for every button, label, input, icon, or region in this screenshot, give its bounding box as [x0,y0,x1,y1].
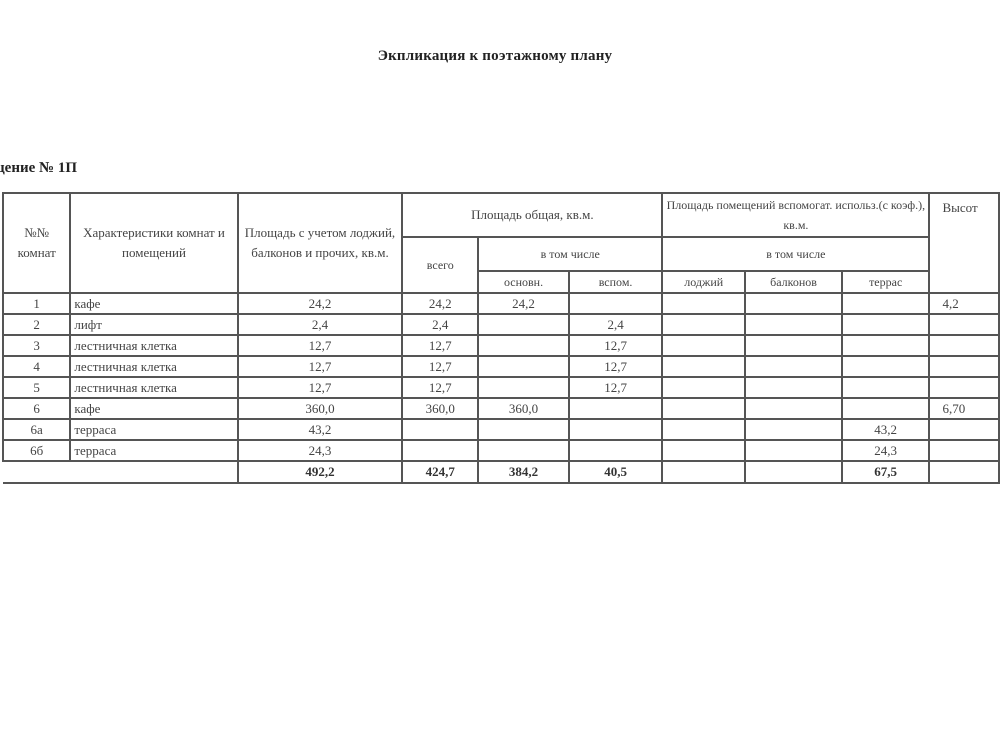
cell-area-with: 360,0 [238,398,403,419]
cell-height [929,419,999,440]
cell-area-with: 12,7 [238,335,403,356]
cell-room-name: лестничная клетка [70,356,237,377]
totals-blank [3,461,238,483]
cell-room-no: 6 [3,398,70,419]
cell-room-no: 5 [3,377,70,398]
cell-main-area [478,335,569,356]
header-auxiliary: вспом. [569,271,662,293]
cell-room-name: лестничная клетка [70,377,237,398]
cell-balconies-area [745,398,842,419]
cell-loggias-area [662,314,745,335]
total-height [929,461,999,483]
cell-aux-area: 12,7 [569,335,662,356]
cell-area-with: 12,7 [238,356,403,377]
cell-terraces-area [842,335,930,356]
header-aux-area: Площадь помещений вспомогат. использ.(с … [662,193,929,237]
cell-room-no: 6а [3,419,70,440]
cell-room-name: кафе [70,293,237,314]
cell-area-with: 24,3 [238,440,403,461]
cell-loggias-area [662,335,745,356]
cell-aux-area [569,440,662,461]
cell-total-area: 12,7 [402,356,478,377]
table-header: №№ комнат Характеристики комнат и помеще… [3,193,999,293]
cell-loggias-area [662,293,745,314]
cell-room-no: 2 [3,314,70,335]
table-row: 1кафе24,224,224,24,2 [3,293,999,314]
cell-height [929,335,999,356]
cell-room-no: 3 [3,335,70,356]
cell-main-area: 24,2 [478,293,569,314]
cell-height [929,314,999,335]
table-footer: 492,2 424,7 384,2 40,5 67,5 [3,461,999,483]
header-main: основн. [478,271,569,293]
header-total-all: всего [402,237,478,293]
cell-total-area: 12,7 [402,335,478,356]
cell-loggias-area [662,440,745,461]
cell-main-area [478,377,569,398]
cell-total-area: 2,4 [402,314,478,335]
cell-main-area [478,440,569,461]
header-balconies: балконов [745,271,842,293]
total-total: 424,7 [402,461,478,483]
header-loggias: лоджий [662,271,745,293]
total-area-with: 492,2 [238,461,403,483]
table-row: 6бтерраса24,324,3 [3,440,999,461]
header-terraces: террас [842,271,930,293]
cell-terraces-area [842,314,930,335]
cell-balconies-area [745,335,842,356]
cell-total-area: 24,2 [402,293,478,314]
cell-room-no: 1 [3,293,70,314]
cell-height [929,440,999,461]
cell-room-name: лифт [70,314,237,335]
cell-main-area [478,314,569,335]
cell-terraces-area [842,293,930,314]
total-balconies [745,461,842,483]
cell-loggias-area [662,377,745,398]
cell-balconies-area [745,314,842,335]
cell-loggias-area [662,419,745,440]
cell-terraces-area [842,377,930,398]
header-characteristics: Характеристики комнат и помещений [70,193,237,293]
cell-balconies-area [745,377,842,398]
cell-terraces-area [842,398,930,419]
table-row: 2лифт2,42,42,4 [3,314,999,335]
cell-terraces-area: 24,3 [842,440,930,461]
cell-main-area: 360,0 [478,398,569,419]
cell-loggias-area [662,398,745,419]
cell-aux-area: 12,7 [569,356,662,377]
premises-label: щение № 1П [0,160,77,177]
header-total-area: Площадь общая, кв.м. [402,193,662,237]
totals-row: 492,2 424,7 384,2 40,5 67,5 [3,461,999,483]
cell-balconies-area [745,440,842,461]
cell-balconies-area [745,293,842,314]
table-row: 3лестничная клетка12,712,712,7 [3,335,999,356]
header-aux-including: в том числе [662,237,929,271]
cell-aux-area [569,398,662,419]
document-title: Экпликация к поэтажному плану [0,48,990,65]
table-body: 1кафе24,224,224,24,22лифт2,42,42,43лестн… [3,293,999,461]
cell-room-no: 6б [3,440,70,461]
header-height: Высот [929,193,999,293]
cell-room-name: лестничная клетка [70,335,237,356]
cell-room-name: терраса [70,440,237,461]
cell-area-with: 2,4 [238,314,403,335]
table-row: 4лестничная клетка12,712,712,7 [3,356,999,377]
total-aux: 40,5 [569,461,662,483]
cell-main-area [478,419,569,440]
cell-height: 6,70 [929,398,999,419]
header-room-no: №№ комнат [3,193,70,293]
cell-room-name: терраса [70,419,237,440]
cell-total-area: 12,7 [402,377,478,398]
total-terraces: 67,5 [842,461,930,483]
table-row: 6кафе360,0360,0360,06,70 [3,398,999,419]
cell-aux-area [569,419,662,440]
total-main: 384,2 [478,461,569,483]
cell-balconies-area [745,419,842,440]
cell-area-with: 12,7 [238,377,403,398]
cell-height: 4,2 [929,293,999,314]
cell-room-no: 4 [3,356,70,377]
cell-total-area: 360,0 [402,398,478,419]
cell-aux-area [569,293,662,314]
cell-aux-area: 2,4 [569,314,662,335]
cell-aux-area: 12,7 [569,377,662,398]
total-loggias [662,461,745,483]
cell-terraces-area: 43,2 [842,419,930,440]
cell-area-with: 43,2 [238,419,403,440]
header-area-with-loggias: Площадь с учетом лоджий, балконов и проч… [238,193,403,293]
cell-height [929,356,999,377]
table-row: 5лестничная клетка12,712,712,7 [3,377,999,398]
header-including: в том числе [478,237,662,271]
cell-room-name: кафе [70,398,237,419]
cell-loggias-area [662,356,745,377]
cell-balconies-area [745,356,842,377]
cell-height [929,377,999,398]
cell-terraces-area [842,356,930,377]
cell-area-with: 24,2 [238,293,403,314]
table-row: 6атерраса43,243,2 [3,419,999,440]
cell-total-area [402,419,478,440]
cell-main-area [478,356,569,377]
cell-total-area [402,440,478,461]
explication-table: №№ комнат Характеристики комнат и помеще… [2,192,1000,484]
